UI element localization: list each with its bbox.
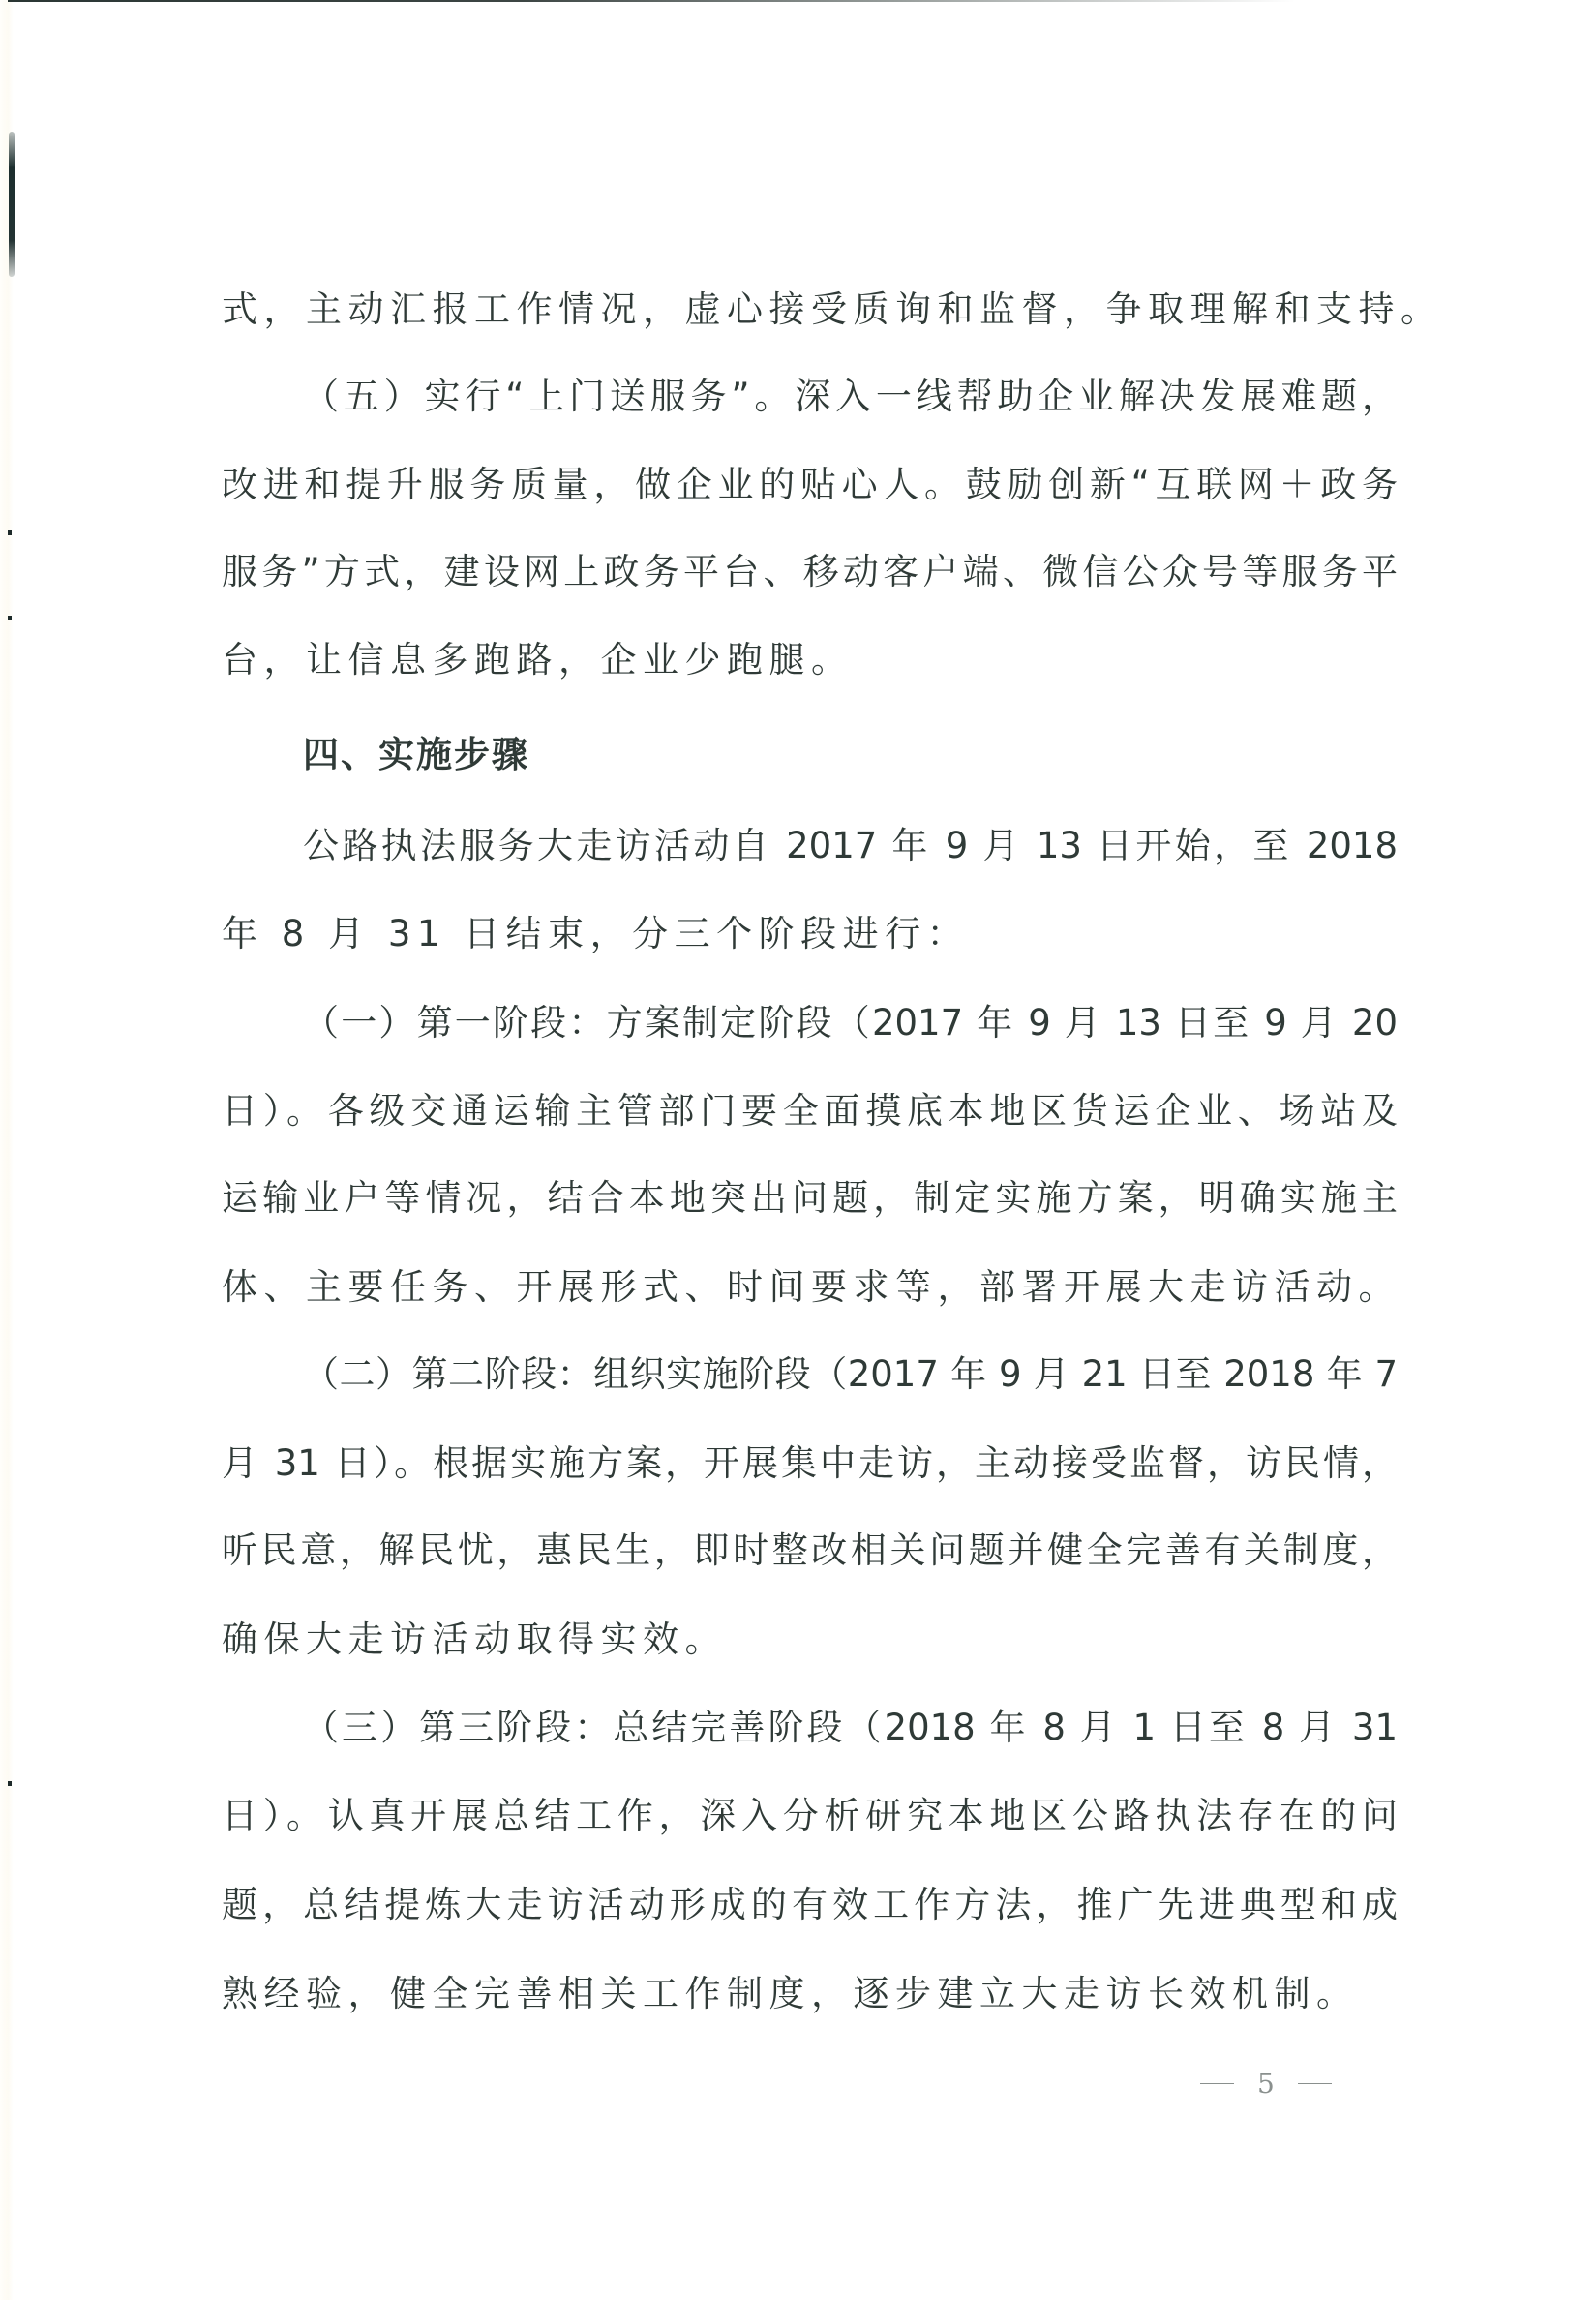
- paragraph-line: 题，总结提炼大走访活动形成的有效工作方法，推广先进典型和成: [222, 1882, 1398, 1928]
- page-number-dash-left: [1200, 2083, 1234, 2085]
- page-number-value: 5: [1257, 2068, 1275, 2100]
- scan-speck: [8, 616, 12, 620]
- paragraph-line: 服务”方式，建设网上政务平台、移动客户端、微信公众号等服务平: [222, 549, 1398, 595]
- paragraph-line: 改进和提升服务质量，做企业的贴心人。鼓励创新“互联网＋政务: [222, 462, 1398, 508]
- paragraph-line: 式，主动汇报工作情况，虚心接受质询和监督，争取理解和支持。: [222, 287, 1398, 333]
- paragraph-line: 日）。各级交通运输主管部门要全面摸底本地区货运企业、场站及: [222, 1088, 1398, 1135]
- section-heading: 四、实施步骤: [303, 732, 1398, 778]
- page-number: 5: [1200, 2068, 1394, 2100]
- paragraph-line: 听民意，解民忧，惠民生，即时整改相关问题并健全完善有关制度，: [222, 1528, 1398, 1574]
- paragraph-line: 运输业户等情况，结合本地突出问题，制定实施方案，明确实施主: [222, 1175, 1398, 1222]
- paragraph-line: 确保大走访活动取得实效。: [222, 1617, 1398, 1663]
- paragraph-line: 月 31 日）。根据实施方案，开展集中走访，主动接受监督，访民情，: [222, 1440, 1398, 1487]
- scan-top-border: [8, 0, 1295, 2]
- page-number-dash-right: [1298, 2083, 1332, 2085]
- scan-edge-shadow: [0, 0, 14, 2300]
- paragraph-line: 熟经验，健全完善相关工作制度，逐步建立大走访长效机制。: [222, 1971, 1398, 2017]
- paragraph-line: （三）第三阶段：总结完善阶段（2018 年 8 月 1 日至 8 月 31: [303, 1705, 1398, 1751]
- paragraph-line: （五）实行“上门送服务”。深入一线帮助企业解决发展难题，: [303, 374, 1398, 420]
- paragraph-line: （一）第一阶段：方案制定阶段（2017 年 9 月 13 日至 9 月 20: [303, 1000, 1398, 1046]
- scan-binding-mark: [9, 132, 15, 277]
- scan-speck: [8, 1781, 12, 1786]
- paragraph-line: 台，让信息多跑路，企业少跑腿。: [222, 637, 1398, 683]
- paragraph-line: 体、主要任务、开展形式、时间要求等，部署开展大走访活动。: [222, 1264, 1398, 1311]
- paragraph-line: 日）。认真开展总结工作，深入分析研究本地区公路执法存在的问: [222, 1793, 1398, 1839]
- paragraph-line: 公路执法服务大走访活动自 2017 年 9 月 13 日开始，至 2018: [303, 823, 1398, 869]
- paragraph-line: （二）第二阶段：组织实施阶段（2017 年 9 月 21 日至 2018 年 7: [303, 1351, 1398, 1398]
- paragraph-line: 年 8 月 31 日结束，分三个阶段进行：: [222, 911, 1398, 957]
- scan-speck: [8, 530, 12, 535]
